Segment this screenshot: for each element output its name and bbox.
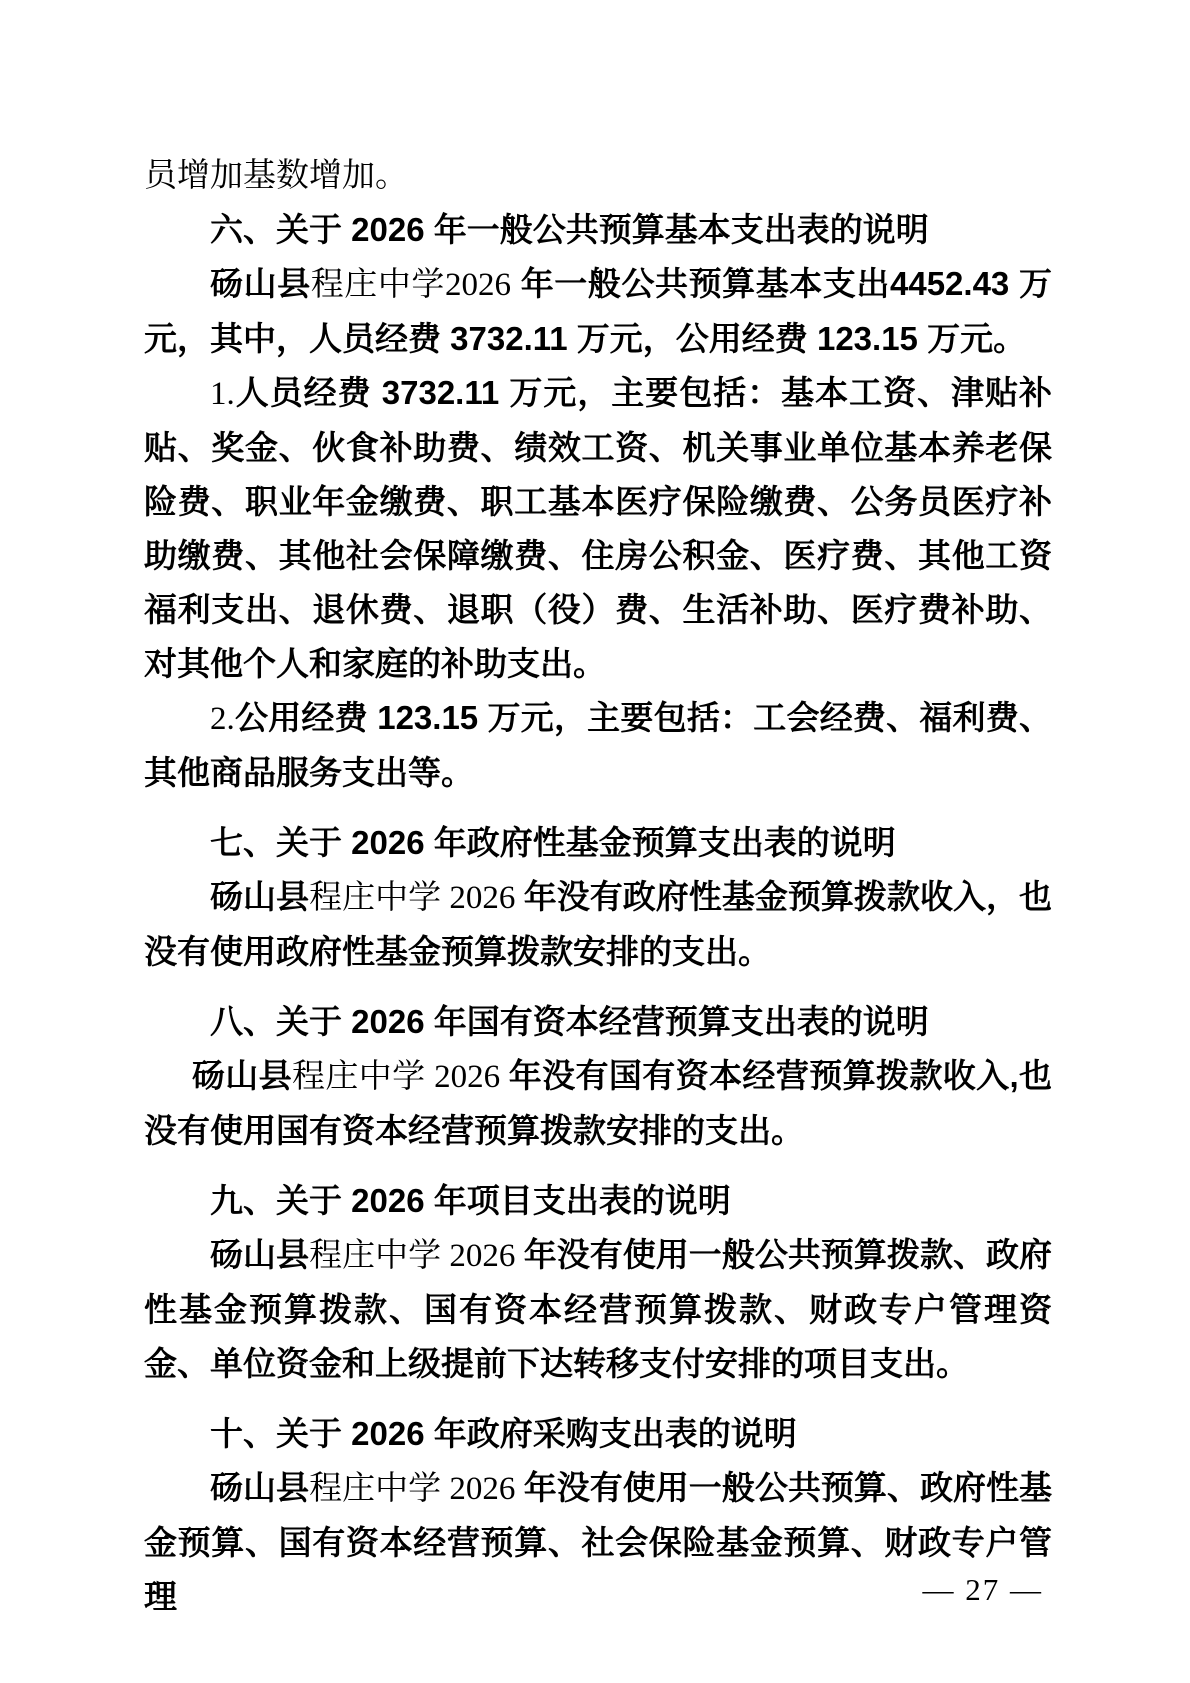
text-run-school-name: 程庄中学: [309, 1471, 441, 1507]
paragraph-government-fund: 砀山县程庄中学 2026 年没有政府性基金预算拨款收入，也没有使用政府性基金预算…: [144, 870, 1052, 979]
text-run: 砀山县: [210, 1236, 309, 1273]
text-run: 砀山县: [210, 1469, 309, 1506]
section-heading-8: 八、关于 2026 年国有资本经营预算支出表的说明: [144, 995, 1052, 1049]
text-run-list-number: 1.: [210, 376, 235, 412]
paragraph-public-funds: 2.公用经费 123.15 万元，主要包括：工会经费、福利费、其他商品服务支出等…: [144, 691, 1052, 800]
text-run: 十、关于 2026 年政府采购支出表的说明: [210, 1415, 797, 1452]
text-run-year: 2026: [441, 1238, 524, 1274]
text-run: 员增加基数增加。: [144, 158, 408, 194]
paragraph-personnel-funds: 1.人员经费 3732.11 万元，主要包括：基本工资、津贴补贴、奖金、伙食补助…: [144, 366, 1052, 691]
section-heading-7: 七、关于 2026 年政府性基金预算支出表的说明: [144, 816, 1052, 870]
section-heading-10: 十、关于 2026 年政府采购支出表的说明: [144, 1407, 1052, 1461]
text-run-school-name: 程庄中学: [309, 880, 441, 916]
text-run-school-name: 程庄中学: [292, 1059, 426, 1095]
text-run: 砀山县: [210, 265, 311, 302]
text-run-year: 2026: [426, 1059, 509, 1095]
text-run: 七、关于 2026 年政府性基金预算支出表的说明: [210, 824, 896, 861]
section-heading-9: 九、关于 2026 年项目支出表的说明: [144, 1174, 1052, 1228]
text-run: 砀山县: [192, 1057, 292, 1094]
paragraph-project-expenditure: 砀山县程庄中学 2026 年没有使用一般公共预算拨款、政府性基金预算拨款、国有资…: [144, 1228, 1052, 1391]
page-number: — 27 —: [923, 1572, 1044, 1608]
document-page: 员增加基数增加。 六、关于 2026 年一般公共预算基本支出表的说明 砀山县程庄…: [0, 0, 1190, 1683]
document-body: 员增加基数增加。 六、关于 2026 年一般公共预算基本支出表的说明 砀山县程庄…: [144, 148, 1052, 1624]
section-heading-6: 六、关于 2026 年一般公共预算基本支出表的说明: [144, 203, 1052, 257]
text-run: 砀山县: [210, 878, 309, 915]
text-run-school-name: 程庄中学: [311, 267, 445, 303]
paragraph-state-capital: 砀山县程庄中学 2026 年没有国有资本经营预算拨款收入,也没有使用国有资本经营…: [144, 1049, 1052, 1158]
text-run: 八、关于 2026 年国有资本经营预算支出表的说明: [210, 1003, 929, 1040]
text-run: 六、关于 2026 年一般公共预算基本支出表的说明: [210, 211, 929, 248]
text-run: 公用经费 123.15 万元，主要包括：工会经费、福利费、其他商品服务支出等。: [144, 699, 1052, 791]
text-run: 人员经费 3732.11 万元，主要包括：基本工资、津贴补贴、奖金、伙食补助费、…: [144, 374, 1052, 682]
text-run-year: 2026: [445, 267, 511, 303]
text-run-list-number: 2.: [210, 701, 235, 737]
text-run-year: 2026: [441, 1471, 524, 1507]
paragraph-government-procurement: 砀山县程庄中学 2026 年没有使用一般公共预算、政府性基金预算、国有资本经营预…: [144, 1461, 1052, 1624]
text-run-school-name: 程庄中学: [309, 1238, 441, 1274]
paragraph-continuation: 员增加基数增加。: [144, 148, 1052, 203]
text-run-year: 2026: [441, 880, 524, 916]
paragraph-basic-expenditure: 砀山县程庄中学2026 年一般公共预算基本支出4452.43 万元，其中，人员经…: [144, 257, 1052, 366]
text-run: 九、关于 2026 年项目支出表的说明: [210, 1182, 731, 1219]
